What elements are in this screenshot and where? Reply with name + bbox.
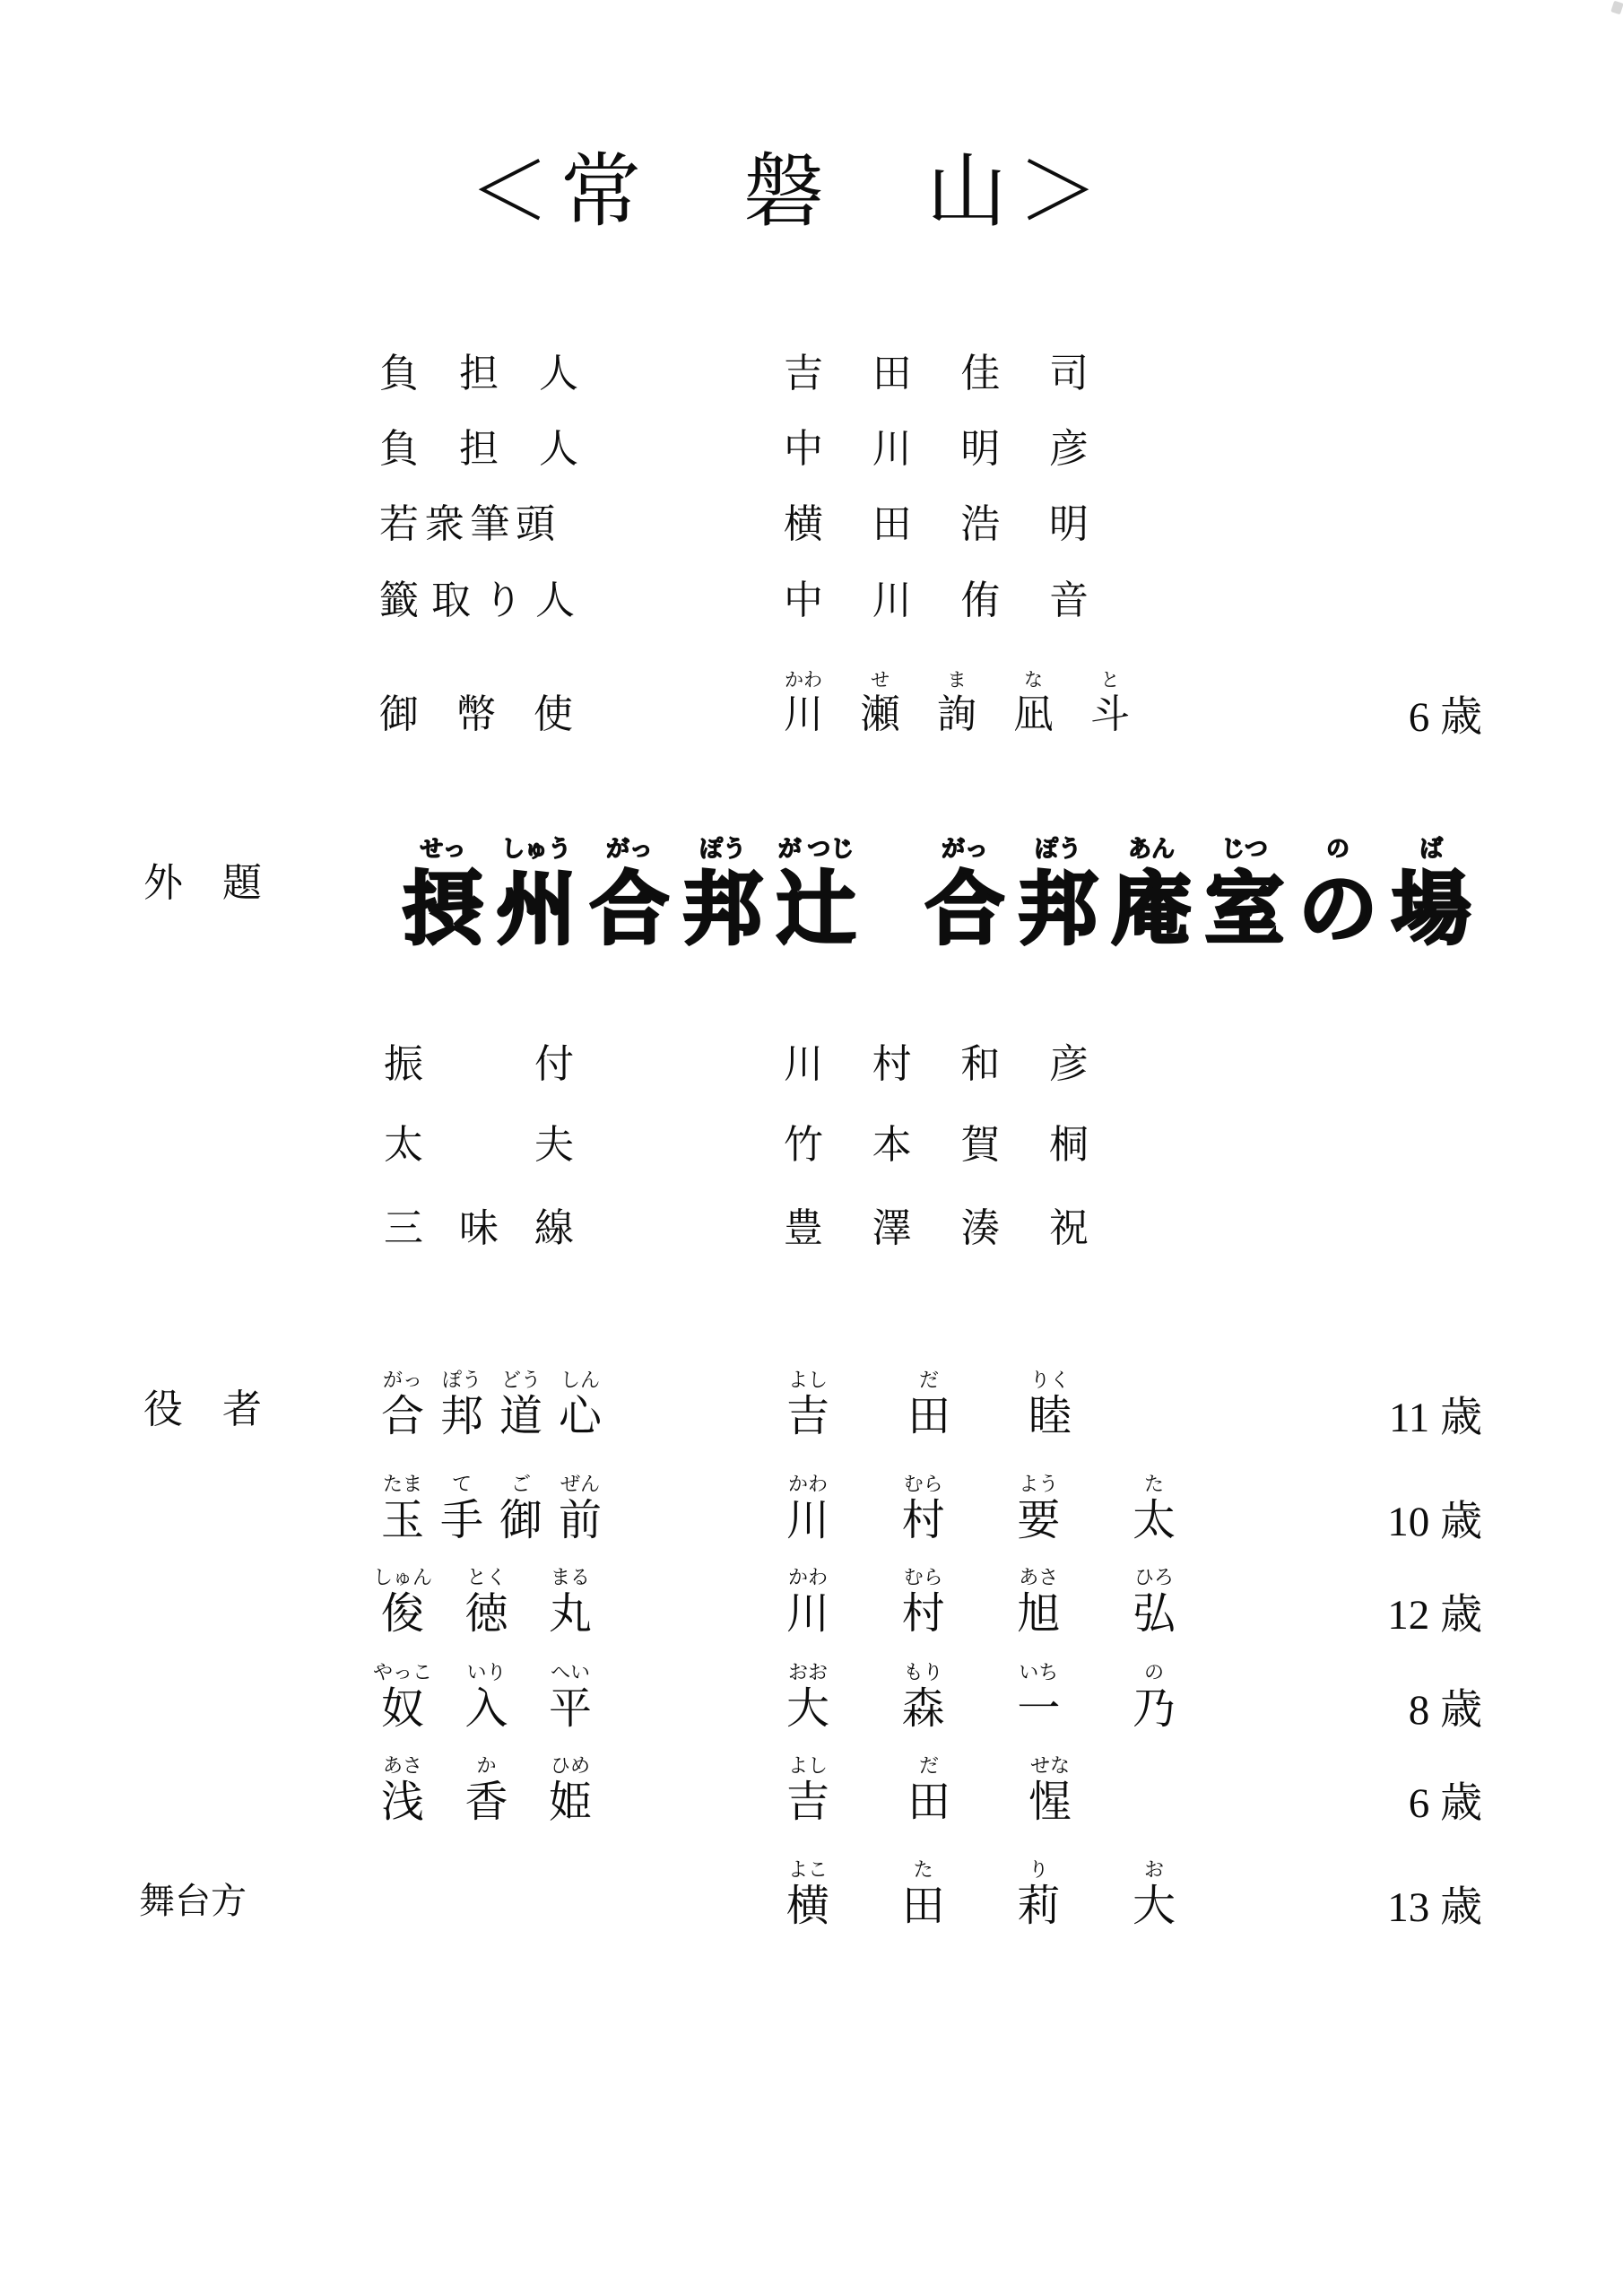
- furigana-text: が つじ: [778, 838, 855, 861]
- char-cell: り: [483, 581, 523, 621]
- char-cell: かわ川: [784, 695, 823, 735]
- char-cell: り莉: [1017, 1885, 1060, 1928]
- base-char: 要: [1017, 1497, 1060, 1544]
- furigana-text: お: [1144, 1860, 1164, 1880]
- base-char: 負: [379, 427, 419, 471]
- char-cell: 振: [384, 1045, 423, 1084]
- furigana-text: ぽう: [699, 838, 746, 861]
- base-char: 音: [1049, 578, 1089, 622]
- staff-name: 横田浩明: [784, 505, 1089, 544]
- char-cell: 太: [384, 1126, 423, 1165]
- furigana-text: りく: [1030, 1370, 1070, 1390]
- furigana-text: の: [1326, 838, 1350, 861]
- base-char: 吉: [786, 1779, 829, 1826]
- play-title-part1: せっ摂しゅう州がっ合ぽう邦が つじ辻: [404, 872, 855, 951]
- base-char: 衆: [425, 502, 464, 546]
- base-char: 邦: [683, 867, 762, 954]
- base-char: 川: [784, 692, 823, 736]
- musician-role: 振付: [384, 1045, 574, 1084]
- base-char: 本: [872, 1123, 912, 1167]
- base-char: 入: [464, 1685, 508, 1733]
- char-cell: 衆: [425, 505, 464, 544]
- furigana-text: やっこ: [373, 1663, 432, 1683]
- base-char: 川: [786, 1497, 829, 1544]
- base-char: 道: [499, 1393, 542, 1440]
- char-cell: よう要: [1017, 1500, 1060, 1543]
- char-cell: 人: [535, 581, 575, 621]
- char-cell: よこ横: [786, 1885, 829, 1928]
- staff-role: 負担人: [379, 430, 578, 469]
- char-cell: いり入: [464, 1688, 508, 1731]
- base-char: 睦: [1028, 1393, 1072, 1440]
- furigana-text: た: [1144, 1474, 1164, 1494]
- furigana-text: せっ: [420, 838, 465, 861]
- char-cell: へい平: [549, 1688, 592, 1731]
- base-char: 斗: [1090, 692, 1130, 736]
- base-char: 心: [559, 1393, 602, 1440]
- furigana-text: もり: [904, 1663, 943, 1683]
- base-char: 使: [534, 692, 573, 736]
- char-cell: しゅう州: [497, 872, 576, 951]
- char-cell: 明: [960, 430, 1000, 469]
- base-char: 莉: [1017, 1883, 1060, 1930]
- char-cell: 負: [379, 430, 419, 469]
- program-page: ＜常 磐 山＞ 負担人 吉田佳司 負担人 中川明彦 若衆筆頭 横田浩明 籤取り人…: [0, 0, 1623, 2296]
- char-cell: お大: [1133, 1885, 1176, 1928]
- base-char: 一: [1017, 1685, 1060, 1733]
- base-char: 平: [549, 1685, 592, 1733]
- base-char: 付: [534, 1042, 574, 1086]
- furigana-text: り: [1028, 1860, 1048, 1880]
- furigana-text: いち: [1019, 1663, 1058, 1683]
- char-cell: だ田: [907, 1781, 950, 1824]
- furigana-text: ぽう: [442, 1370, 482, 1390]
- furigana-text: むら: [904, 1568, 943, 1587]
- base-char: 夫: [534, 1123, 574, 1167]
- base-char: 担: [459, 427, 499, 471]
- furigana-text: ひめ: [551, 1756, 590, 1776]
- furigana-text: だ: [919, 1370, 939, 1390]
- staff-name: 吉田佳司: [784, 354, 1089, 394]
- furigana-text: あさ: [383, 1756, 422, 1776]
- char-cell: ぽう邦: [440, 1396, 483, 1439]
- char-cell: 籤: [379, 581, 419, 621]
- char-cell: 若: [379, 505, 419, 544]
- base-char: 竹: [784, 1123, 823, 1167]
- char-cell: せな惺: [1028, 1781, 1072, 1824]
- base-char: 田: [872, 502, 912, 546]
- base-char: 若: [379, 502, 419, 546]
- furigana-text: まる: [551, 1568, 590, 1587]
- base-char: 旭: [1017, 1590, 1060, 1638]
- base-char: 人: [539, 352, 578, 396]
- furigana-text: よし: [788, 1370, 828, 1390]
- base-char: 邦: [440, 1393, 483, 1440]
- char-cell: 川: [784, 1045, 823, 1084]
- char-cell: 中: [784, 430, 823, 469]
- char-cell: 御: [379, 695, 419, 735]
- base-char: 横: [786, 1883, 829, 1930]
- base-char: 川: [786, 1590, 829, 1638]
- furigana-text: よう: [1019, 1474, 1058, 1494]
- char-cell: 人: [539, 430, 578, 469]
- char-cell: 川: [872, 430, 912, 469]
- base-char: 御: [379, 692, 419, 736]
- base-char: 瀬: [861, 692, 900, 736]
- base-char: 場: [1392, 867, 1471, 954]
- base-char: 佳: [960, 352, 1000, 396]
- furigana-text: と: [1101, 671, 1120, 690]
- char-cell: 使: [534, 695, 573, 735]
- musician-role: 太夫: [384, 1126, 574, 1165]
- char-cell: じつ室: [1205, 872, 1284, 951]
- furigana-text: かわ: [788, 1474, 828, 1494]
- char-cell: あん庵: [1112, 872, 1191, 951]
- cast-name: かわ川むら村あさ旭ひろ弘: [786, 1593, 1176, 1636]
- base-char: 村: [872, 1042, 912, 1086]
- char-cell: むら村: [902, 1500, 945, 1543]
- base-char: 村: [902, 1497, 945, 1544]
- char-cell: しゅん俊: [381, 1593, 424, 1636]
- char-cell: 取: [431, 581, 471, 621]
- base-char: 川: [784, 1042, 823, 1086]
- base-char: 川: [872, 427, 912, 471]
- base-char: 中: [784, 578, 823, 622]
- musician-name: 豊澤湊祝: [784, 1209, 1089, 1248]
- furigana-text: ぽう: [1035, 838, 1081, 861]
- furigana-text: いり: [466, 1663, 506, 1683]
- char-cell: ぽう邦: [683, 872, 762, 951]
- char-cell: 頭: [516, 505, 555, 544]
- furigana-text: の: [1144, 1663, 1164, 1683]
- furigana-text: せ: [871, 671, 890, 690]
- char-cell: がっ合: [381, 1396, 424, 1439]
- base-char: 湊: [960, 1206, 1000, 1250]
- char-cell: が つじ辻: [777, 872, 855, 951]
- cast-role: やっこ奴いり入へい平: [381, 1688, 592, 1731]
- base-char: 摂: [404, 867, 482, 954]
- base-char: 太: [384, 1123, 423, 1167]
- base-char: り: [483, 578, 523, 622]
- base-char: 御: [499, 1497, 542, 1544]
- base-char: 彦: [1049, 427, 1089, 471]
- base-char: 筆: [470, 502, 509, 546]
- char-cell: かわ川: [786, 1593, 829, 1636]
- furigana-text: ご: [511, 1474, 531, 1494]
- base-char: 大: [786, 1685, 829, 1733]
- base-char: 線: [534, 1206, 574, 1250]
- base-char: 大: [1133, 1883, 1176, 1930]
- char-cell: おお大: [786, 1688, 829, 1731]
- furigana-text: かわ: [788, 1568, 828, 1587]
- char-cell: 幣: [456, 695, 496, 735]
- base-char: 川: [872, 578, 912, 622]
- base-char: 桐: [1049, 1123, 1089, 1167]
- age-value: 6 歳: [1213, 697, 1482, 739]
- char-cell: 祝: [1049, 1209, 1089, 1248]
- char-cell: あさ旭: [1017, 1593, 1060, 1636]
- base-char: 担: [459, 352, 499, 396]
- furigana-text: がっ: [942, 838, 988, 861]
- furigana-text: へい: [551, 1663, 590, 1683]
- staff-role: 御幣使: [379, 695, 573, 735]
- base-char: 前: [559, 1497, 602, 1544]
- base-char: 田: [907, 1393, 950, 1440]
- musician-name: 竹本賀桐: [784, 1126, 1089, 1165]
- staff-name: 中川明彦: [784, 430, 1089, 469]
- gedai-label: 外 題: [143, 864, 262, 903]
- char-cell: の乃: [1133, 1688, 1176, 1731]
- base-char: 太: [1133, 1497, 1176, 1544]
- base-char: 合: [925, 867, 1004, 954]
- base-char: 和: [960, 1042, 1000, 1086]
- base-char: 籤: [379, 578, 419, 622]
- char-cell: がっ合: [925, 872, 1004, 951]
- base-char: 豊: [784, 1206, 823, 1250]
- base-char: 澤: [872, 1206, 912, 1250]
- char-cell: 音: [1049, 581, 1089, 621]
- base-char: 味: [459, 1206, 499, 1250]
- char-cell: た太: [1133, 1500, 1176, 1543]
- base-char: 詢: [937, 692, 976, 736]
- char-cell: ぜん前: [559, 1500, 602, 1543]
- base-char: 負: [379, 352, 419, 396]
- char-cell: 線: [534, 1209, 574, 1248]
- base-char: 賀: [960, 1123, 1000, 1167]
- cast-role: あさ浅か香ひめ姫: [381, 1781, 592, 1824]
- base-char: 香: [464, 1779, 508, 1826]
- base-char: 合: [590, 867, 669, 954]
- char-cell: もり森: [902, 1688, 945, 1731]
- furigana-text: おお: [788, 1663, 828, 1683]
- base-char: 姫: [549, 1779, 592, 1826]
- char-cell: 夫: [534, 1126, 574, 1165]
- char-cell: ば場: [1392, 872, 1471, 951]
- base-char: 田: [902, 1883, 945, 1930]
- base-char: 村: [902, 1590, 945, 1638]
- base-char: 辻: [777, 867, 855, 954]
- char-cell: 竹: [784, 1126, 823, 1165]
- page-corner-artifact: [1610, 1, 1623, 15]
- furigana-text: かわ: [785, 671, 822, 690]
- furigana-text: あん: [1128, 838, 1175, 861]
- furigana-text: がっ: [383, 1370, 422, 1390]
- yakusha-label: 役 者: [143, 1390, 262, 1430]
- char-cell: 湊: [960, 1209, 1000, 1248]
- char-cell: よし吉: [786, 1396, 829, 1439]
- furigana-text: しん: [560, 1370, 600, 1390]
- base-char: 室: [1205, 867, 1284, 954]
- furigana-text: むら: [904, 1474, 943, 1494]
- char-cell: ご御: [499, 1500, 542, 1543]
- base-char: 人: [539, 427, 578, 471]
- char-cell: よし吉: [786, 1781, 829, 1824]
- char-cell: りく睦: [1028, 1396, 1072, 1439]
- char-cell: と斗: [1090, 695, 1130, 735]
- staff-name: 中川侑音: [784, 581, 1089, 621]
- char-cell: 担: [459, 430, 499, 469]
- age-value: 11 歳: [1213, 1397, 1482, 1439]
- char-cell: 桐: [1049, 1126, 1089, 1165]
- char-cell: 吉: [784, 354, 823, 394]
- char-cell: やっこ奴: [381, 1688, 424, 1731]
- cast-name: よこ横た田り莉お大: [786, 1885, 1176, 1928]
- furigana-text: ば: [1419, 838, 1443, 861]
- age-value: 13 歳: [1213, 1887, 1482, 1929]
- base-char: 玉: [381, 1497, 424, 1544]
- base-char: 彦: [1049, 1042, 1089, 1086]
- base-char: 凪: [1014, 692, 1054, 736]
- char-cell: のの: [1298, 872, 1377, 951]
- char-cell: 豊: [784, 1209, 823, 1248]
- char-cell: せ瀬: [861, 695, 900, 735]
- char-cell: 人: [539, 354, 578, 394]
- char-cell: か香: [464, 1781, 508, 1824]
- base-char: 吉: [786, 1393, 829, 1440]
- char-cell: 和: [960, 1045, 1000, 1084]
- furigana-text: て: [452, 1474, 472, 1494]
- char-cell: 浩: [960, 505, 1000, 544]
- char-cell: 彦: [1049, 1045, 1089, 1084]
- furigana-text: がっ: [606, 838, 653, 861]
- char-cell: 澤: [872, 1209, 912, 1248]
- base-char: 侑: [960, 578, 1000, 622]
- furigana-text: たま: [383, 1474, 422, 1494]
- char-cell: 村: [872, 1045, 912, 1084]
- char-cell: だ田: [907, 1396, 950, 1439]
- furigana-text: しゅん: [373, 1568, 432, 1587]
- base-char: 振: [384, 1042, 423, 1086]
- base-char: 頭: [516, 502, 555, 546]
- base-char: 手: [440, 1497, 483, 1544]
- cast-name: よし吉だ田せな惺: [786, 1781, 1072, 1824]
- char-cell: せっ摂: [404, 872, 482, 951]
- cast-name: かわ川むら村よう要た太: [786, 1500, 1176, 1543]
- musician-role: 三味線: [384, 1209, 574, 1248]
- base-char: 明: [960, 427, 1000, 471]
- char-cell: 佳: [960, 354, 1000, 394]
- base-char: 幣: [456, 692, 496, 736]
- butaikata-label: 舞台方: [139, 1883, 247, 1919]
- base-char: 吉: [784, 352, 823, 396]
- char-cell: 味: [459, 1209, 499, 1248]
- char-cell: むら村: [902, 1593, 945, 1636]
- char-cell: 三: [384, 1209, 423, 1248]
- age-value: 8 歳: [1213, 1690, 1482, 1732]
- staff-role: 籤取り人: [379, 581, 575, 621]
- staff-role: 負担人: [379, 354, 578, 394]
- char-cell: 筆: [470, 505, 509, 544]
- char-cell: たま玉: [381, 1500, 424, 1543]
- play-title-part2: がっ合ぽう邦あん庵じつ室ののば場: [925, 872, 1471, 951]
- char-cell: あさ浅: [381, 1781, 424, 1824]
- char-cell: 本: [872, 1126, 912, 1165]
- base-char: 奴: [381, 1685, 424, 1733]
- char-cell: かわ川: [786, 1500, 829, 1543]
- char-cell: ま詢: [937, 695, 976, 735]
- program-title: ＜常 磐 山＞: [0, 152, 1578, 233]
- age-value: 6 歳: [1213, 1783, 1482, 1825]
- char-cell: 田: [872, 505, 912, 544]
- char-cell: 担: [459, 354, 499, 394]
- staff-role: 若衆筆頭: [379, 505, 555, 544]
- cast-name: おお大もり森いち一の乃: [786, 1688, 1176, 1731]
- base-char: 田: [907, 1779, 950, 1826]
- base-char: 州: [497, 867, 576, 954]
- base-char: 俊: [381, 1590, 424, 1638]
- char-cell: た田: [902, 1885, 945, 1928]
- furigana-text: せな: [1030, 1756, 1070, 1776]
- furigana-text: ひろ: [1134, 1568, 1174, 1587]
- base-char: 田: [872, 352, 912, 396]
- char-cell: 付: [534, 1045, 574, 1084]
- char-cell: いち一: [1017, 1688, 1060, 1731]
- char-cell: 負: [379, 354, 419, 394]
- char-cell: 川: [872, 581, 912, 621]
- base-char: 横: [784, 502, 823, 546]
- cast-name: よし吉だ田りく睦: [786, 1396, 1072, 1439]
- base-char: 弘: [1133, 1590, 1176, 1638]
- base-char: の: [1298, 867, 1377, 954]
- char-cell: 司: [1049, 354, 1089, 394]
- base-char: 人: [535, 578, 575, 622]
- char-cell: 田: [872, 354, 912, 394]
- furigana-text: ま: [948, 671, 967, 690]
- char-cell: て手: [440, 1500, 483, 1543]
- base-char: 三: [384, 1206, 423, 1250]
- furigana-text: どう: [501, 1370, 541, 1390]
- furigana-text: た: [914, 1860, 933, 1880]
- base-char: 司: [1049, 352, 1089, 396]
- furigana-text: だ: [919, 1756, 939, 1776]
- base-char: 徳: [464, 1590, 508, 1638]
- base-char: 邦: [1019, 867, 1098, 954]
- cast-role: たま玉て手ご御ぜん前: [381, 1500, 602, 1543]
- char-cell: とく徳: [464, 1593, 508, 1636]
- furigana-text: あさ: [1019, 1568, 1058, 1587]
- furigana-text: か: [476, 1756, 496, 1776]
- base-char: 森: [902, 1685, 945, 1733]
- char-cell: ひろ弘: [1133, 1593, 1176, 1636]
- char-cell: しん心: [559, 1396, 602, 1439]
- base-char: 祝: [1049, 1206, 1089, 1250]
- furigana-text: よこ: [788, 1860, 828, 1880]
- base-char: 中: [784, 427, 823, 471]
- base-char: 合: [381, 1393, 424, 1440]
- char-cell: どう道: [499, 1396, 542, 1439]
- musician-name: 川村和彦: [784, 1045, 1089, 1084]
- furigana-text: よし: [788, 1756, 828, 1776]
- base-char: 取: [431, 578, 471, 622]
- char-cell: ひめ姫: [549, 1781, 592, 1824]
- furigana-text: な: [1024, 671, 1043, 690]
- base-char: 浅: [381, 1779, 424, 1826]
- furigana-text: ぜん: [560, 1474, 600, 1494]
- base-char: 惺: [1028, 1779, 1072, 1826]
- furigana-text: じつ: [1221, 838, 1268, 861]
- age-value: 10 歳: [1213, 1501, 1482, 1544]
- furigana-text: とく: [466, 1568, 506, 1587]
- base-char: 浩: [960, 502, 1000, 546]
- base-char: 乃: [1133, 1685, 1176, 1733]
- char-cell: がっ合: [590, 872, 669, 951]
- char-cell: 彦: [1049, 430, 1089, 469]
- age-value: 12 歳: [1213, 1595, 1482, 1637]
- char-cell: な凪: [1014, 695, 1054, 735]
- furigana-text: しゅう: [501, 838, 571, 861]
- staff-name: かわ川せ瀬ま詢な凪と斗: [784, 695, 1130, 735]
- char-cell: 賀: [960, 1126, 1000, 1165]
